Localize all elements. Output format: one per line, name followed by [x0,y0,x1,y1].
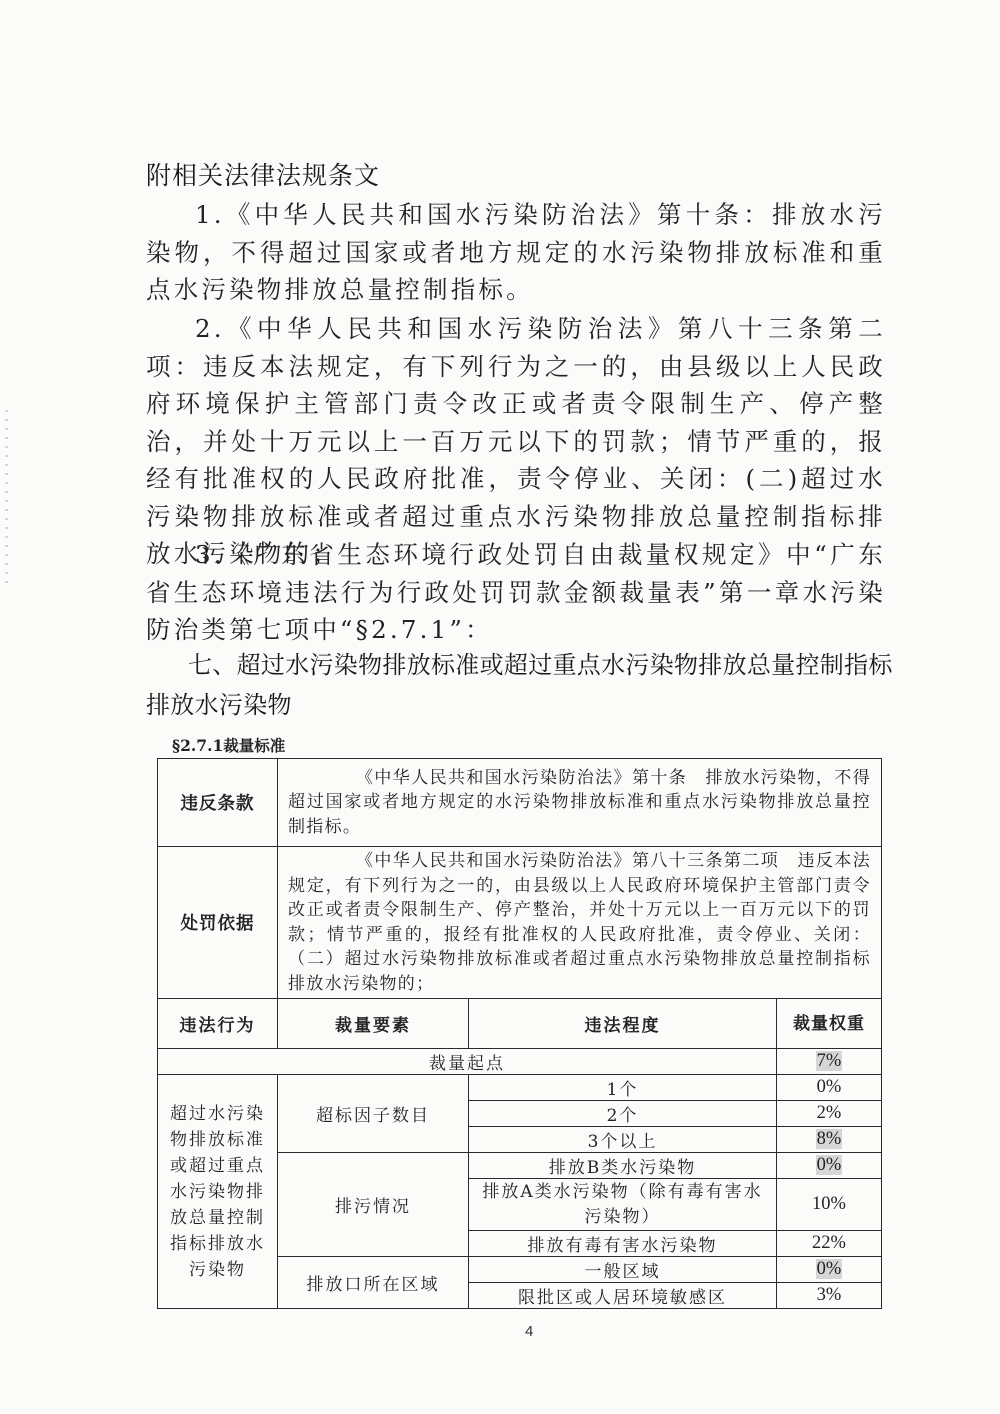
law-paragraph-2: 2.《中华人民共和国水污染防治法》第八十三条第二项：违反本法规定，有下列行为之一… [146,310,886,573]
degree-cell: 1个 [469,1075,777,1101]
weight-cell: 2% [777,1101,882,1127]
degree-cell: 排放有毒有害水污染物 [469,1231,777,1257]
law-paragraph-3: 3.《广东省生态环境行政处罚自由裁量权规定》中“广东省生态环境违法行为行政处罚罚… [146,536,886,649]
start-point-weight: 7% [777,1049,882,1075]
table-row: 超过水污染物排放标准或超过重点水污染物排放总量控制指标排放水污染物 超标因子数目… [158,1075,882,1101]
factor-name: 排污情况 [278,1153,469,1257]
table-caption: §2.7.1裁量标准 [172,734,285,756]
scan-artifact [5,410,8,590]
weight-cell: 0% [777,1153,882,1179]
section-title: 七、超过水污染物排放标准或超过重点水污染物排放总量控制指标排放水污染物 [146,645,896,725]
penalty-basis-label: 处罚依据 [158,847,278,999]
degree-cell: 一般区域 [469,1257,777,1283]
penalty-basis-text: 《中华人民共和国水污染防治法》第八十三条第二项 违反本法规定，有下列行为之一的，… [278,847,882,999]
weight-cell: 0% [777,1075,882,1101]
header-discretion-weight: 裁量权重 [777,999,882,1049]
header-discretion-factor: 裁量要素 [278,999,469,1049]
factor-name: 排放口所在区域 [278,1257,469,1309]
page-heading: 附相关法律法规条文 [146,156,380,192]
degree-cell: 2个 [469,1101,777,1127]
header-violation-degree: 违法程度 [469,999,777,1049]
weight-cell: 8% [777,1127,882,1153]
table-row-violation-clause: 违反条款 《中华人民共和国水污染防治法》第十条 排放水污染物，不得超过国家或者地… [158,759,882,847]
law-paragraph-1: 1.《中华人民共和国水污染防治法》第十条：排放水污染物，不得超过国家或者地方规定… [146,196,886,309]
violation-clause-text: 《中华人民共和国水污染防治法》第十条 排放水污染物，不得超过国家或者地方规定的水… [278,759,882,847]
degree-cell: 排放A类水污染物（除有毒有害水污染物） [469,1179,777,1231]
weight-cell: 10% [777,1179,882,1231]
weight-cell: 3% [777,1283,882,1309]
degree-cell: 3个以上 [469,1127,777,1153]
violation-clause-label: 违反条款 [158,759,278,847]
violation-behavior-cell: 超过水污染物排放标准或超过重点水污染物排放总量控制指标排放水污染物 [158,1075,278,1309]
table-row-penalty-basis: 处罚依据 《中华人民共和国水污染防治法》第八十三条第二项 违反本法规定，有下列行… [158,847,882,999]
table-header-row: 违法行为 裁量要素 违法程度 裁量权重 [158,999,882,1049]
weight-cell: 0% [777,1257,882,1283]
factor-name: 超标因子数目 [278,1075,469,1153]
degree-cell: 排放B类水污染物 [469,1153,777,1179]
page-number: 4 [525,1323,533,1340]
table-row-start-point: 裁量起点 7% [158,1049,882,1075]
discretion-standard-table: 违反条款 《中华人民共和国水污染防治法》第十条 排放水污染物，不得超过国家或者地… [157,758,882,1309]
header-violation-behavior: 违法行为 [158,999,278,1049]
start-point-label: 裁量起点 [158,1049,777,1075]
degree-cell: 限批区或人居环境敏感区 [469,1283,777,1309]
weight-cell: 22% [777,1231,882,1257]
